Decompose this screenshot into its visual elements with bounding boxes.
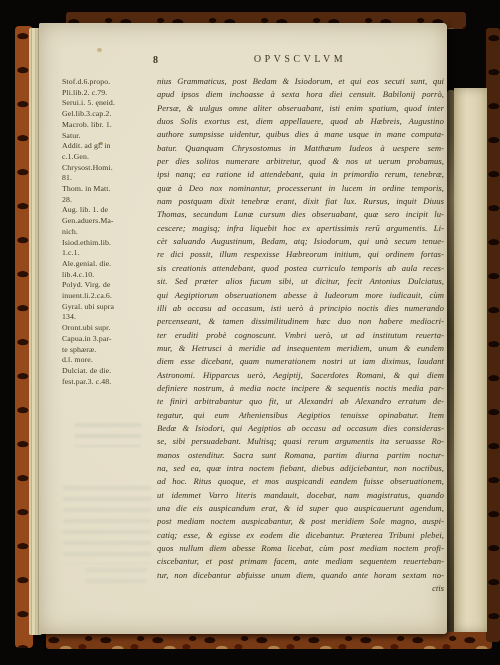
margin-note-line: lib.4.c.10. bbox=[62, 270, 158, 281]
margin-note-line: 28. bbox=[62, 195, 158, 206]
margin-note-line: Dulciat. de die. bbox=[62, 366, 158, 377]
body-text-line: tegatur, qui eum Atheniensibus Aegiptios… bbox=[157, 409, 444, 422]
page-header: 8 OPVSCVLVM bbox=[157, 54, 443, 70]
margin-note-line: Chrysost.Homi. bbox=[62, 163, 158, 174]
book-cover-right-edge bbox=[486, 28, 500, 642]
margin-note-line: Pli.lib.2. c.79. bbox=[62, 88, 158, 99]
body-text-line: definiere nostrum, à media nocte inciper… bbox=[157, 382, 444, 395]
body-text-line: re dici possit, illum respexisse Hæbreor… bbox=[157, 248, 444, 261]
running-title: OPVSCVLVM bbox=[254, 54, 346, 65]
body-text-line: cescere; magisq; infra liquebit hoc ex a… bbox=[157, 222, 444, 235]
book-page: 8 OPVSCVLVM Stof.d.6.propo.Pli.lib.2. c.… bbox=[39, 23, 447, 634]
foxing-stain bbox=[97, 48, 102, 52]
margin-note-line: Satur. bbox=[62, 131, 158, 142]
book-photo: 8 OPVSCVLVM Stof.d.6.propo.Pli.lib.2. c.… bbox=[0, 0, 500, 665]
margin-note-line: Thom. in Matt. bbox=[62, 184, 158, 195]
margin-note-line: Addit. ad gl. in bbox=[62, 141, 158, 152]
margin-note-line: Polyd. Virg. de bbox=[62, 280, 158, 291]
margin-note-line: 134. bbox=[62, 312, 158, 323]
margin-note-line: Macrob. libr. 1. bbox=[62, 120, 158, 131]
body-text-line: quos nullum diem abesse Roma licebat, cù… bbox=[157, 542, 444, 555]
margin-note-line: Oront.ubi supr. bbox=[62, 323, 158, 334]
margin-note-line: c.1.Gen. bbox=[62, 152, 158, 163]
body-text-line: apud ipsos diem inchoasse à sexta hora d… bbox=[157, 88, 444, 101]
margin-notes-column: Stof.d.6.propo.Pli.lib.2. c.79.Serui.i. … bbox=[62, 77, 158, 387]
margin-note-line: Stof.d.6.propo. bbox=[62, 77, 158, 88]
margin-note-line: Isiod.ethim.lib. bbox=[62, 238, 158, 249]
catchword: ctis bbox=[157, 583, 444, 593]
page-number: 8 bbox=[153, 55, 158, 66]
body-text-line: ad hoc. Ritus quoque, et mos auspicandi … bbox=[157, 475, 444, 488]
body-text-line: sit. Sed præter alios fucum sibi, ut dic… bbox=[157, 275, 444, 288]
margin-note-line: fest.par.3. c.48. bbox=[62, 377, 158, 388]
body-text-line: diem esse dicebant, quam numerationem no… bbox=[157, 355, 444, 368]
body-text-line: duos Solis exortus est, diem appellauere… bbox=[157, 115, 444, 128]
margin-note-line: Ale.genial. die. bbox=[62, 259, 158, 270]
next-page-edge bbox=[454, 88, 487, 632]
margin-note-line: Capua.in 3.par- bbox=[62, 334, 158, 345]
body-text-line: authore sumpsisse uidentur, quibus dies … bbox=[157, 128, 444, 141]
body-text-line: ipsi nanq; ea ratione id attendebant, qu… bbox=[157, 168, 444, 181]
body-text-line: manos ostenditur. Sacra sunt Romana, par… bbox=[157, 449, 444, 462]
body-text-line: te finiri arbitrabantur quo fit, ut Alex… bbox=[157, 395, 444, 408]
show-through-mark bbox=[75, 423, 141, 447]
body-text-line: post mediam noctem auspicabantur, & post… bbox=[157, 515, 444, 528]
body-text-block: nius Grammaticus, post Bedam & Isiodorum… bbox=[157, 75, 444, 582]
body-text-line: Thomas, secundum Lunæ cursum dies obseru… bbox=[157, 208, 444, 221]
body-text-line: ciscebantur, et post primam facem, ante … bbox=[157, 555, 444, 568]
margin-note-line: Gel.lib.3.cap.2. bbox=[62, 109, 158, 120]
margin-note-line: 81. bbox=[62, 173, 158, 184]
body-text-line: per dies solitos numerare arbitretur, qu… bbox=[157, 155, 444, 168]
body-text-line: quæ à Deo nox nominantur, processerunt i… bbox=[157, 182, 444, 195]
show-through-mark bbox=[63, 486, 151, 564]
margin-note-line: d.l. more. bbox=[62, 355, 158, 366]
body-text-line: nius Grammaticus, post Bedam & Isiodorum… bbox=[157, 75, 444, 88]
body-text-line: Persæ, & uulgus omne aliter obseruabant,… bbox=[157, 102, 444, 115]
body-text-line: sis creationis attendebant, quod postea … bbox=[157, 262, 444, 275]
body-text-line: tur, non dicebantur abfuisse unum diem, … bbox=[157, 569, 444, 582]
body-text-line: percenseant, & tamen dissimilitudinem hæ… bbox=[157, 315, 444, 328]
body-text-line: illi ab occasu ad occasum, isti uerò à p… bbox=[157, 302, 444, 315]
margin-note-line: Gen.aduers.Ma- bbox=[62, 216, 158, 227]
margin-note-line: nich. bbox=[62, 227, 158, 238]
body-text-line: mur, & Hetrusci à meridie ad insequentem… bbox=[157, 342, 444, 355]
body-text-line: Bedæ & Isiodori, qui Aegiptios ab occasu… bbox=[157, 422, 444, 435]
body-text-line: ter eruditi probè cognoscunt. Vmbri uerò… bbox=[157, 329, 444, 342]
margin-note-line: 1.c.1. bbox=[62, 248, 158, 259]
body-text-line: Astronomi. Hipparcus uerò, Aegiptij, Sac… bbox=[157, 369, 444, 382]
body-text-line: catiq; esse, & egisse ex eodem die diceb… bbox=[157, 529, 444, 542]
body-text-line: qui Aegiptiorum obseruationem abesse à I… bbox=[157, 289, 444, 302]
margin-note-line: Aug. lib. 1. de bbox=[62, 205, 158, 216]
body-text-line: cèt saluando Augustinum, Bedam, atq; Isi… bbox=[157, 235, 444, 248]
body-text-line: nam postquam dixit tenebræ erant, dixit … bbox=[157, 195, 444, 208]
show-through-mark bbox=[85, 568, 147, 588]
body-text-line: ut idemmet Varro literis mandauit, doceb… bbox=[157, 489, 444, 502]
body-text-line: batur. Quanquam Chrysostomus in Matthæum… bbox=[157, 142, 444, 155]
margin-note-line: inuent.li.2.ca.6. bbox=[62, 291, 158, 302]
margin-note-line: Gyral. ubi supra bbox=[62, 302, 158, 313]
body-text-line: na, sed ea, quæ intra noctem fiebant, di… bbox=[157, 462, 444, 475]
margin-note-line: Serui.i. 5. ęneid. bbox=[62, 98, 158, 109]
body-text-line: se, sibi persuadebant. Multisq; quasi re… bbox=[157, 435, 444, 448]
body-text-line: una die eis auspicandum erat, & id super… bbox=[157, 502, 444, 515]
margin-note-line: te sphæræ. bbox=[62, 345, 158, 356]
